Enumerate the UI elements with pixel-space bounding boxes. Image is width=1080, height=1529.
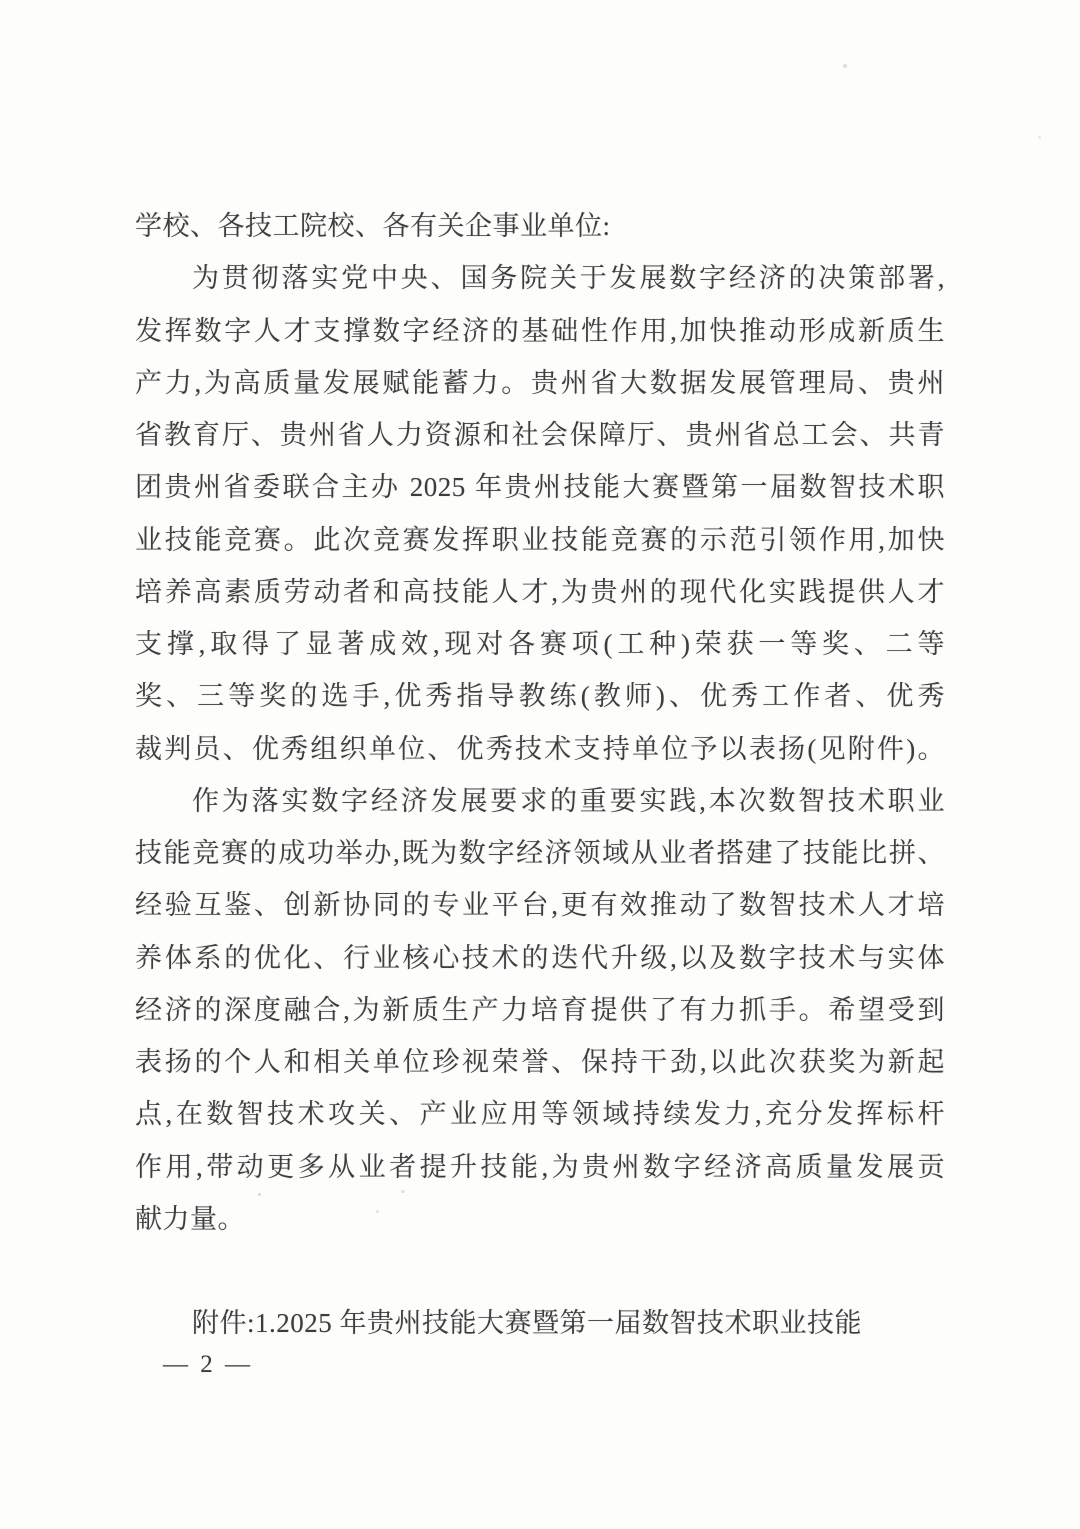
doc-line: 培养高素质劳动者和高技能人才,为贵州的现代化实践提供人才 xyxy=(135,566,945,618)
doc-line: 产力,为高质量发展赋能蓄力。贵州省大数据发展管理局、贵州 xyxy=(135,357,945,409)
doc-line: 支撑,取得了显著成效,现对各赛项(工种)荣获一等奖、二等 xyxy=(135,618,945,670)
doc-line: 表扬的个人和相关单位珍视荣誉、保持干劲,以此次获奖为新起 xyxy=(135,1036,945,1088)
doc-line: 团贵州省委联合主办 2025 年贵州技能大赛暨第一届数智技术职 xyxy=(135,461,945,513)
doc-line: 献力量。 xyxy=(135,1193,945,1245)
page-number: — 2 — xyxy=(163,1348,253,1382)
doc-line: 技能竞赛的成功举办,既为数字经济领域从业者搭建了技能比拼、 xyxy=(135,827,945,879)
blank-line xyxy=(135,1245,945,1297)
doc-line: 经济的深度融合,为新质生产力培育提供了有力抓手。希望受到 xyxy=(135,984,945,1036)
scan-speck xyxy=(401,1190,405,1193)
scan-speck xyxy=(843,64,847,68)
doc-line: 裁判员、优秀组织单位、优秀技术支持单位予以表扬(见附件)。 xyxy=(135,723,945,775)
salutation-line: 学校、各技工院校、各有关企事业单位: xyxy=(135,200,945,252)
doc-line: 养体系的优化、行业核心技术的迭代升级,以及数字技术与实体 xyxy=(135,932,945,984)
doc-line: 发挥数字人才支撑数字经济的基础性作用,加快推动形成新质生 xyxy=(135,305,945,357)
doc-line: 业技能竞赛。此次竞赛发挥职业技能竞赛的示范引领作用,加快 xyxy=(135,514,945,566)
scan-speck xyxy=(1038,136,1041,139)
doc-line: 作为落实数字经济发展要求的重要实践,本次数智技术职业 xyxy=(135,775,945,827)
doc-line: 作用,带动更多从业者提升技能,为贵州数字经济高质量发展贡 xyxy=(135,1141,945,1193)
attachment-line: 附件:1.2025 年贵州技能大赛暨第一届数智技术职业技能 xyxy=(135,1297,945,1349)
doc-line: 省教育厅、贵州省人力资源和社会保障厅、贵州省总工会、共青 xyxy=(135,409,945,461)
scan-speck xyxy=(258,1193,261,1196)
scan-speck xyxy=(376,1210,379,1213)
doc-line: 为贯彻落实党中央、国务院关于发展数字经济的决策部署, xyxy=(135,252,945,304)
doc-line: 奖、三等奖的选手,优秀指导教练(教师)、优秀工作者、优秀 xyxy=(135,670,945,722)
document-body: 学校、各技工院校、各有关企事业单位: 为贯彻落实党中央、国务院关于发展数字经济的… xyxy=(135,200,945,1350)
doc-line: 经验互鉴、创新协同的专业平台,更有效推动了数智技术人才培 xyxy=(135,879,945,931)
document-page: 学校、各技工院校、各有关企事业单位: 为贯彻落实党中央、国务院关于发展数字经济的… xyxy=(0,0,1080,1529)
doc-line: 点,在数智技术攻关、产业应用等领域持续发力,充分发挥标杆 xyxy=(135,1088,945,1140)
